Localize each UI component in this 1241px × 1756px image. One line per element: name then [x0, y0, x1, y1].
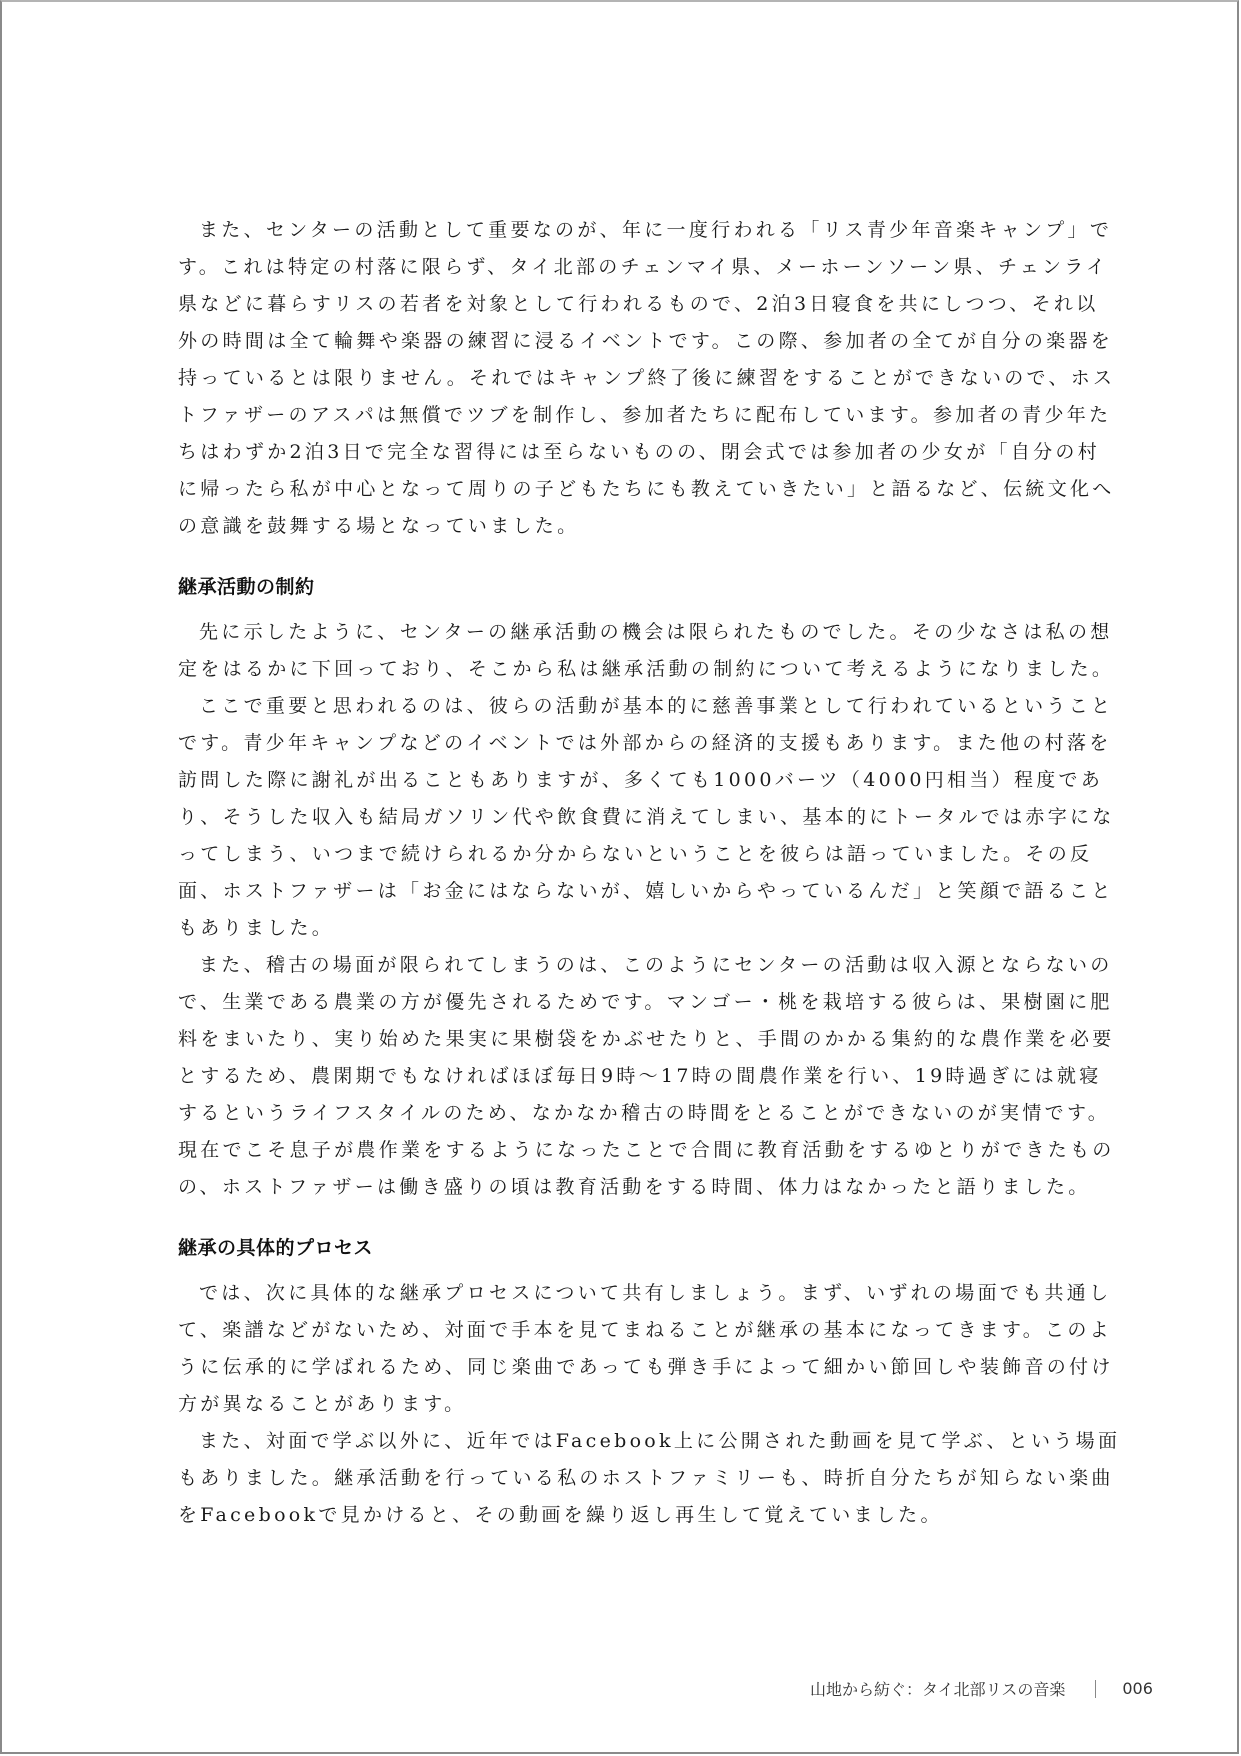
text-line: とするため、農閑期でもなければほぼ毎日9時〜17時の間農作業を行い、19時過ぎに… — [178, 1058, 1054, 1095]
text-line: また、センターの活動として重要なのが、年に一度行われる「リス青少年音楽キャンプ」… — [178, 212, 1054, 249]
text-line: 定をはるかに下回っており、そこから私は継承活動の制約について考えるようになりまし… — [178, 651, 1054, 688]
text-line: の、ホストファザーは働き盛りの頃は教育活動をする時間、体力はなかったと語りました… — [178, 1169, 1054, 1206]
page-footer: 山地から紡ぐ：タイ北部リスの音楽 006 — [810, 1677, 1153, 1700]
text-line: もありました。 — [178, 910, 1054, 947]
section-heading: 継承の具体的プロセス — [178, 1230, 1054, 1267]
text-line: 県などに暮らすリスの若者を対象として行われるもので、2泊3日寝食を共にしつつ、そ… — [178, 286, 1054, 323]
text-line: トファザーのアスパは無償でツブを制作し、参加者たちに配布しています。参加者の青少… — [178, 397, 1054, 434]
text-line: うに伝承的に学ばれるため、同じ楽曲であっても弾き手によって細かい節回しや装飾音の… — [178, 1349, 1054, 1386]
text-line: す。これは特定の村落に限らず、タイ北部のチェンマイ県、メーホーンソーン県、チェン… — [178, 249, 1054, 286]
text-line: 現在でこそ息子が農作業をするようになったことで合間に教育活動をするゆとりができた… — [178, 1132, 1054, 1169]
text-line: もありました。継承活動を行っている私のホストファミリーも、時折自分たちが知らない… — [178, 1460, 1054, 1497]
footer-divider — [1095, 1680, 1096, 1698]
text-line: また、稽古の場面が限られてしまうのは、このようにセンターの活動は収入源とならない… — [178, 947, 1054, 984]
text-line: 料をまいたり、実り始めた果実に果樹袋をかぶせたりと、手間のかかる集約的な農作業を… — [178, 1021, 1054, 1058]
text-line: では、次に具体的な継承プロセスについて共有しましょう。まず、いずれの場面でも共通… — [178, 1275, 1054, 1312]
text-line: です。青少年キャンプなどのイベントでは外部からの経済的支援もあります。また他の村… — [178, 725, 1054, 762]
text-line: ここで重要と思われるのは、彼らの活動が基本的に慈善事業として行われているというこ… — [178, 688, 1054, 725]
section-succession-process: 継承の具体的プロセス では、次に具体的な継承プロセスについて共有しましょう。まず… — [178, 1230, 1054, 1534]
book-title: 山地から紡ぐ：タイ北部リスの音楽 — [810, 1677, 1065, 1700]
text-line: で、生業である農業の方が優先されるためです。マンゴー・桃を栽培する彼らは、果樹園… — [178, 984, 1054, 1021]
text-line: の意識を鼓舞する場となっていました。 — [178, 508, 1054, 545]
page-number: 006 — [1122, 1679, 1153, 1698]
text-line: 持っているとは限りません。それではキャンプ終了後に練習をすることができないので、… — [178, 360, 1054, 397]
section-heading: 継承活動の制約 — [178, 569, 1054, 606]
text-line: 訪問した際に謝礼が出ることもありますが、多くても1000バーツ（4000円相当）… — [178, 762, 1054, 799]
text-line: 先に示したように、センターの継承活動の機会は限られたものでした。その少なさは私の… — [178, 614, 1054, 651]
text-line: 面、ホストファザーは「お金にはならないが、嬉しいからやっているんだ」と笑顔で語る… — [178, 873, 1054, 910]
text-line: り、そうした収入も結局ガソリン代や飲食費に消えてしまい、基本的にトータルでは赤字… — [178, 799, 1054, 836]
section-succession-constraints: 継承活動の制約 先に示したように、センターの継承活動の機会は限られたものでした。… — [178, 569, 1054, 1206]
text-line: また、対面で学ぶ以外に、近年ではFacebook上に公開された動画を見て学ぶ、と… — [178, 1423, 1054, 1460]
text-line: に帰ったら私が中心となって周りの子どもたちにも教えていきたい」と語るなど、伝統文… — [178, 471, 1054, 508]
text-line: 外の時間は全て輪舞や楽器の練習に浸るイベントです。この際、参加者の全てが自分の楽… — [178, 323, 1054, 360]
text-line: ちはわずか2泊3日で完全な習得には至らないものの、閉会式では参加者の少女が「自分… — [178, 434, 1054, 471]
document-body: また、センターの活動として重要なのが、年に一度行われる「リス青少年音楽キャンプ」… — [178, 212, 1054, 1534]
text-line: ってしまう、いつまで続けられるか分からないということを彼らは語っていました。その… — [178, 836, 1054, 873]
text-line: 方が異なることがあります。 — [178, 1386, 1054, 1423]
text-line: て、楽譜などがないため、対面で手本を見てまねることが継承の基本になってきます。こ… — [178, 1312, 1054, 1349]
text-line: するというライフスタイルのため、なかなか稽古の時間をとることができないのが実情で… — [178, 1095, 1054, 1132]
section-intro: また、センターの活動として重要なのが、年に一度行われる「リス青少年音楽キャンプ」… — [178, 212, 1054, 545]
text-line: をFacebookで見かけると、その動画を繰り返し再生して覚えていました。 — [178, 1497, 1054, 1534]
